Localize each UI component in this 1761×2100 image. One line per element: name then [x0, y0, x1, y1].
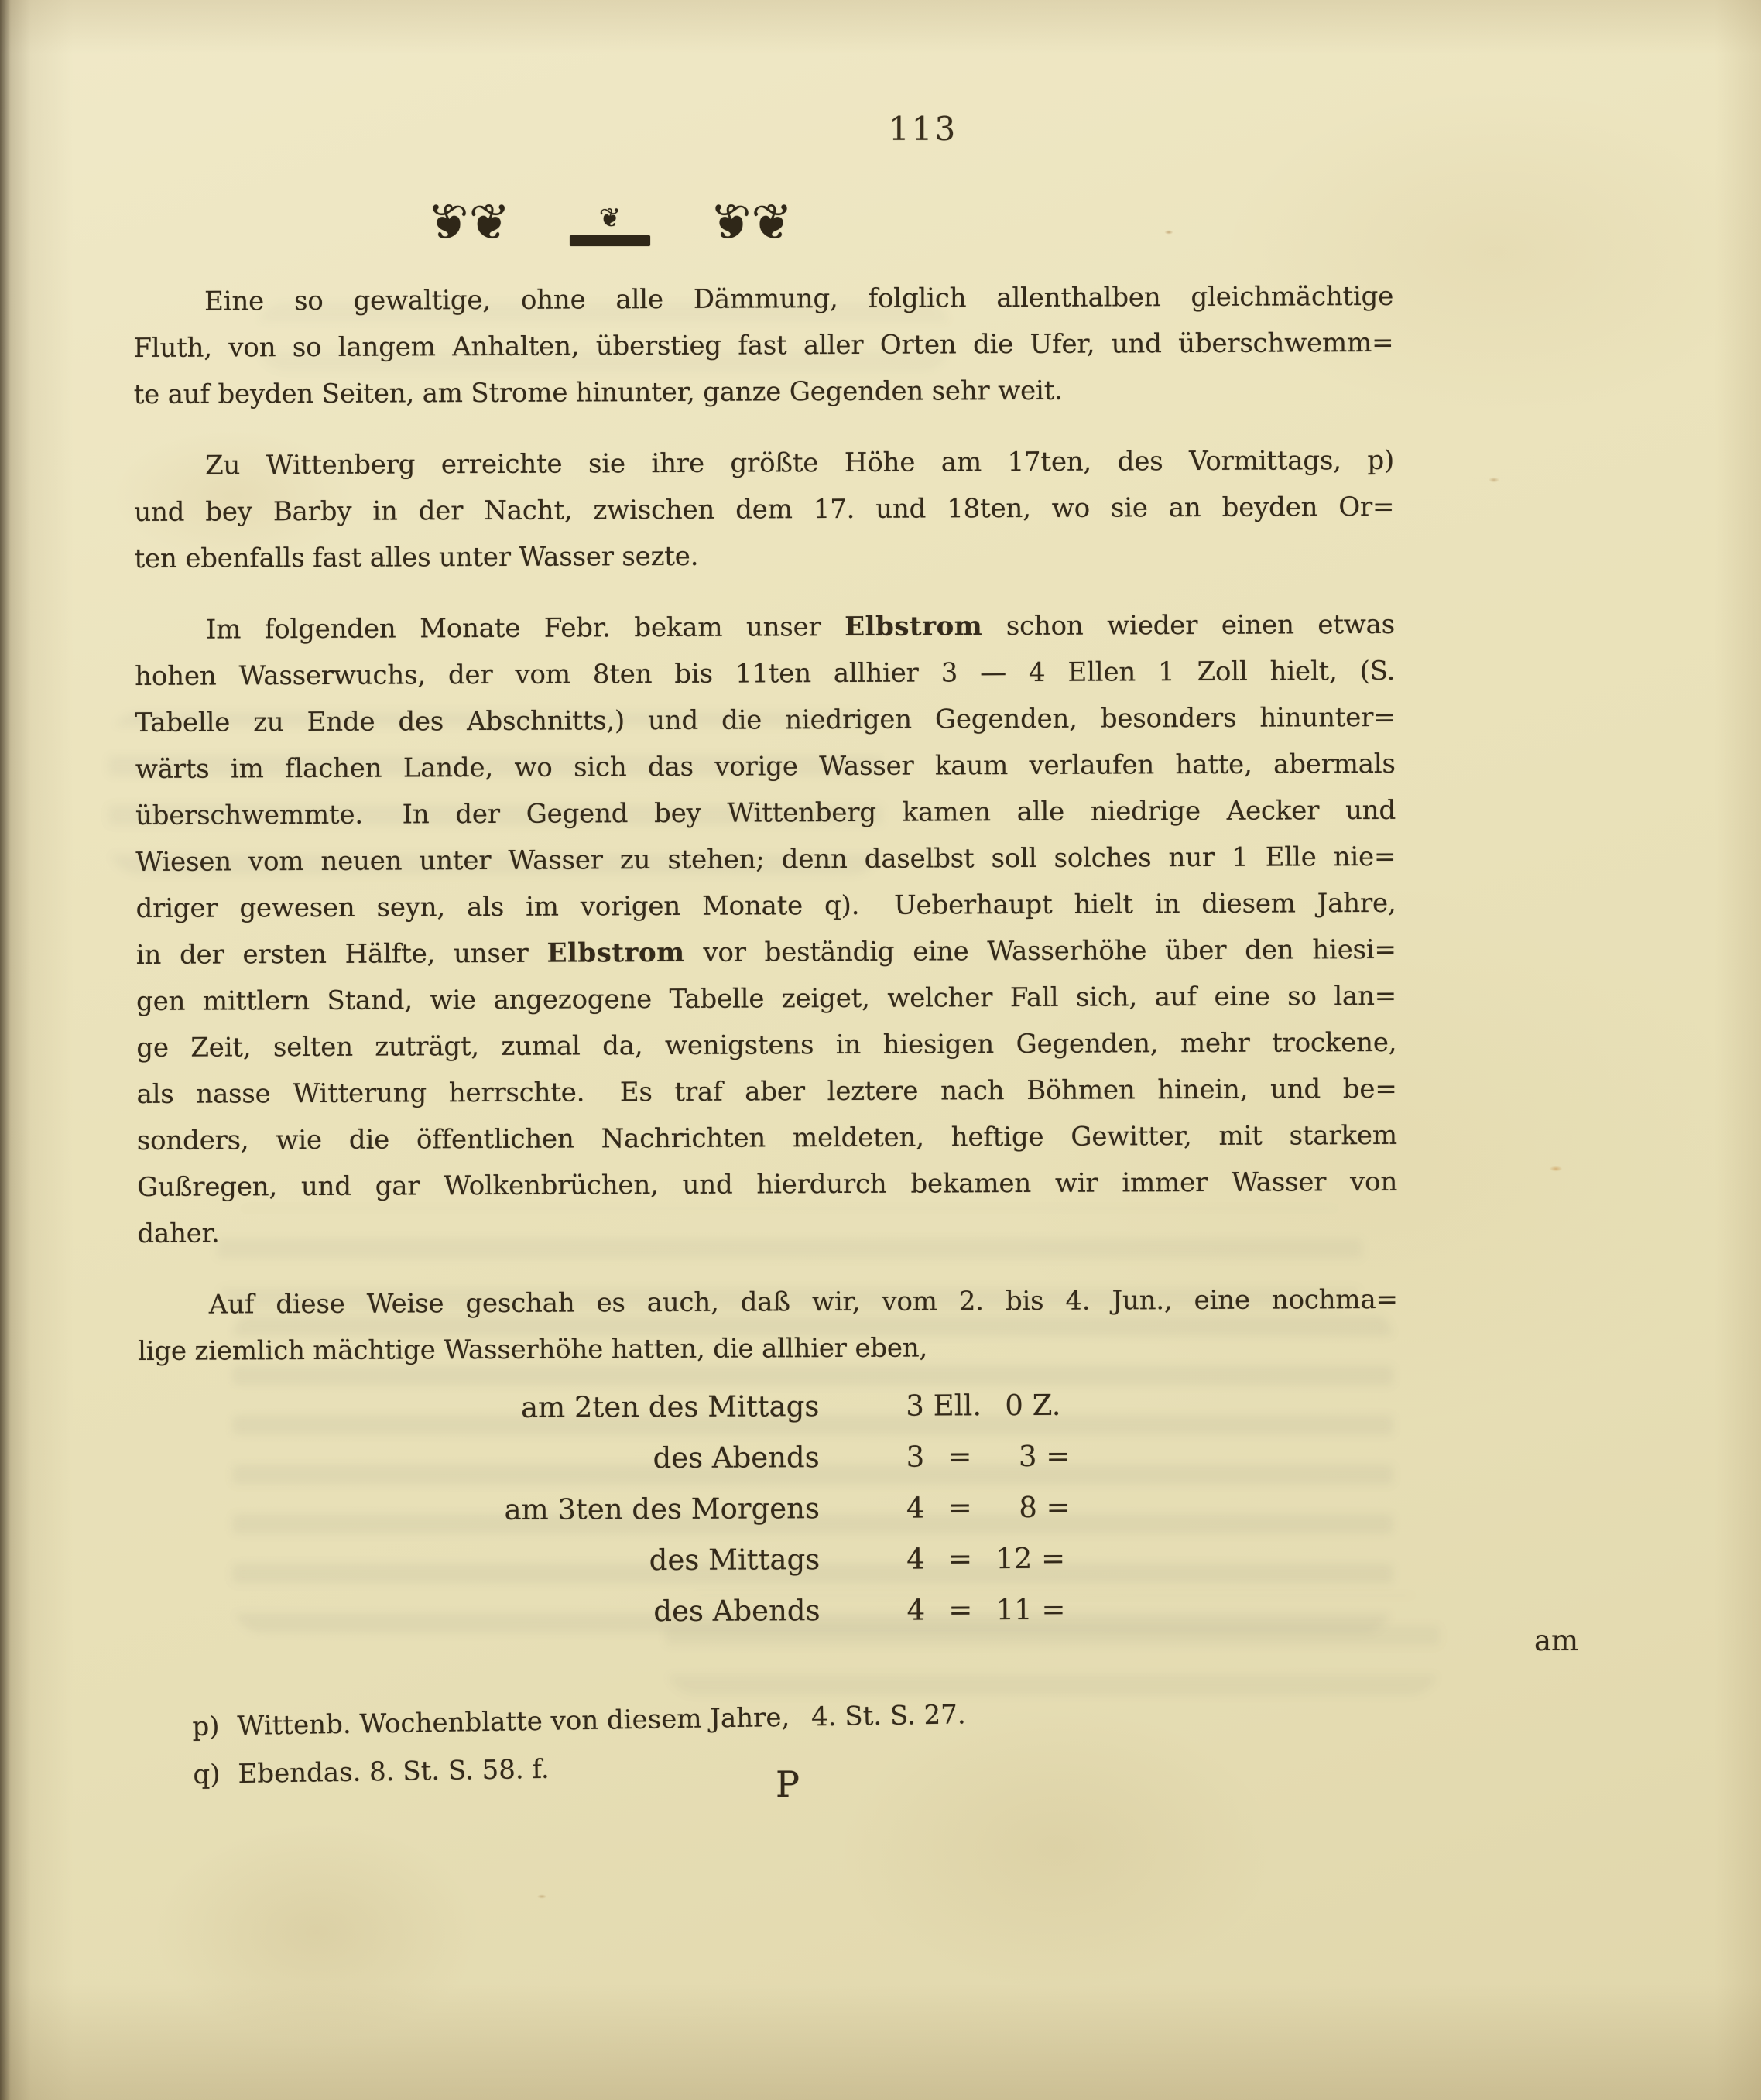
text-line: als nasse Witterung herrschte. Es traf a…: [136, 1066, 1396, 1118]
footnote-marker: q): [193, 1750, 238, 1799]
fleuron-icon: ❦: [427, 198, 469, 248]
paragraph: Im folgenden Monate Febr. bekam unser El…: [135, 601, 1398, 1257]
paragraph: Zu Wittenberg erreichte sie ihre größte …: [134, 437, 1395, 582]
height-value: 4 = 11 =: [906, 1584, 1065, 1636]
text-segment: vor beständig eine Wasserhöhe über den h…: [684, 934, 1396, 968]
text-line: Wiesen vom neuen unter Wasser zu stehen;…: [135, 834, 1396, 886]
text-line: Fluth, von so langem Anhalten, überstieg…: [133, 320, 1393, 372]
height-value: 3 = 3 =: [906, 1431, 1071, 1483]
text-line: hohen Wasserwuchs, der vom 8ten bis 11te…: [135, 648, 1395, 700]
text-line: Im folgenden Monate Febr. bekam unser El…: [135, 601, 1395, 653]
table-row: des Abends 3 = 3 =: [139, 1430, 1399, 1486]
text-line: in der ersten Hälfte, unser Elbstrom vor…: [136, 927, 1396, 978]
paragraph: Eine so gewaltige, ohne alle Dämmung, fo…: [133, 273, 1394, 418]
fleuron-icon: ❦: [469, 198, 511, 248]
text-line: Tabelle zu Ende des Abschnitts,) und die…: [135, 694, 1395, 746]
text-line: sonders, wie die öffentlichen Nachrichte…: [137, 1112, 1397, 1164]
text-segment: Im folgenden Monate Febr. bekam unser: [206, 612, 845, 646]
text-line: wärts im flachen Lande, wo sich das vori…: [135, 741, 1396, 793]
text-line: ten ebenfalls fast alles unter Wasser se…: [134, 530, 1394, 582]
table-row: des Abends 4 = 11 =: [139, 1583, 1399, 1639]
text-line: Gußregen, und gar Wolkenbrüchen, und hie…: [137, 1159, 1397, 1211]
text-segment: schon wieder einen etwas: [982, 609, 1395, 642]
table-row: am 2ten des Mittags 3 Ell. 0 Z.: [138, 1379, 1398, 1435]
time-label: am 3ten des Morgens: [139, 1483, 820, 1537]
page-header: ❦ ❦ ❦ ❦ ❦: [427, 183, 793, 263]
text-line: und bey Barby in der Nacht, zwischen dem…: [134, 484, 1394, 536]
table-row: am 3ten des Morgens 4 = 8 =: [139, 1481, 1399, 1537]
footnote-marker: p): [192, 1702, 238, 1751]
table-row: des Mittags 4 = 12 =: [139, 1532, 1399, 1588]
time-label: des Abends: [139, 1432, 820, 1486]
text-line: gen mittlern Stand, wie angezogene Tabel…: [136, 973, 1396, 1025]
ornament-bar: [570, 235, 650, 246]
text-line: Auf diese Weise geschah es auch, daß wir…: [138, 1276, 1398, 1328]
body-text: Eine so gewaltige, ohne alle Dämmung, fo…: [133, 273, 1400, 1639]
footnote-text: Ebendas. 8. St. S. 58. f.: [238, 1745, 550, 1798]
time-label: des Abends: [139, 1585, 820, 1639]
text-line: Zu Wittenberg erreichte sie ihre größte …: [134, 437, 1394, 489]
fleuron-icon: ❦: [710, 198, 752, 248]
paragraph: Auf diese Weise geschah es auch, daß wir…: [138, 1276, 1399, 1375]
text-line: te auf beyden Seiten, am Strome hinunter…: [134, 366, 1394, 418]
fleuron-ornament-right: ❦ ❦: [710, 198, 793, 248]
height-value: 3 Ell. 0 Z.: [906, 1380, 1060, 1432]
fleuron-ornament-left: ❦ ❦: [427, 198, 510, 248]
page-number: 113: [889, 110, 958, 148]
scanned-page: ❦ ❦ ❦ ❦ ❦ 113 Eine so gewaltige, ohne al…: [0, 0, 1761, 2100]
elbstrom-emphasis: Elbstrom: [845, 611, 982, 642]
catchword: am: [1534, 1624, 1578, 1657]
fleuron-icon: ❦: [599, 204, 622, 232]
time-label: des Mittags: [139, 1534, 820, 1588]
signature-mark: P: [776, 1763, 800, 1805]
text-line: driger gewesen seyn, als im vorigen Mona…: [135, 880, 1396, 932]
water-level-table: am 2ten des Mittags 3 Ell. 0 Z. des Aben…: [138, 1379, 1399, 1639]
text-line: Eine so gewaltige, ohne alle Dämmung, fo…: [133, 273, 1393, 325]
fleuron-ornament-center: ❦: [570, 204, 650, 246]
elbstrom-emphasis: Elbstrom: [546, 937, 684, 969]
text-line: ge Zeit, selten zuträgt, zumal da, wenig…: [136, 1019, 1396, 1071]
text-segment: in der ersten Hälfte, unser: [136, 938, 547, 971]
text-line: daher.: [137, 1205, 1397, 1257]
height-value: 4 = 12 =: [906, 1533, 1065, 1585]
fleuron-icon: ❦: [751, 198, 793, 248]
text-line: lige ziemlich mächtige Wasserhöhe hatten…: [138, 1323, 1398, 1375]
height-value: 4 = 8 =: [906, 1482, 1071, 1534]
time-label: am 2ten des Mittags: [138, 1381, 819, 1435]
text-line: überschwemmte. In der Gegend bey Wittenb…: [135, 787, 1396, 839]
footnotes: p) Wittenb. Wochenblatte von diesem Jahr…: [192, 1686, 1277, 1799]
